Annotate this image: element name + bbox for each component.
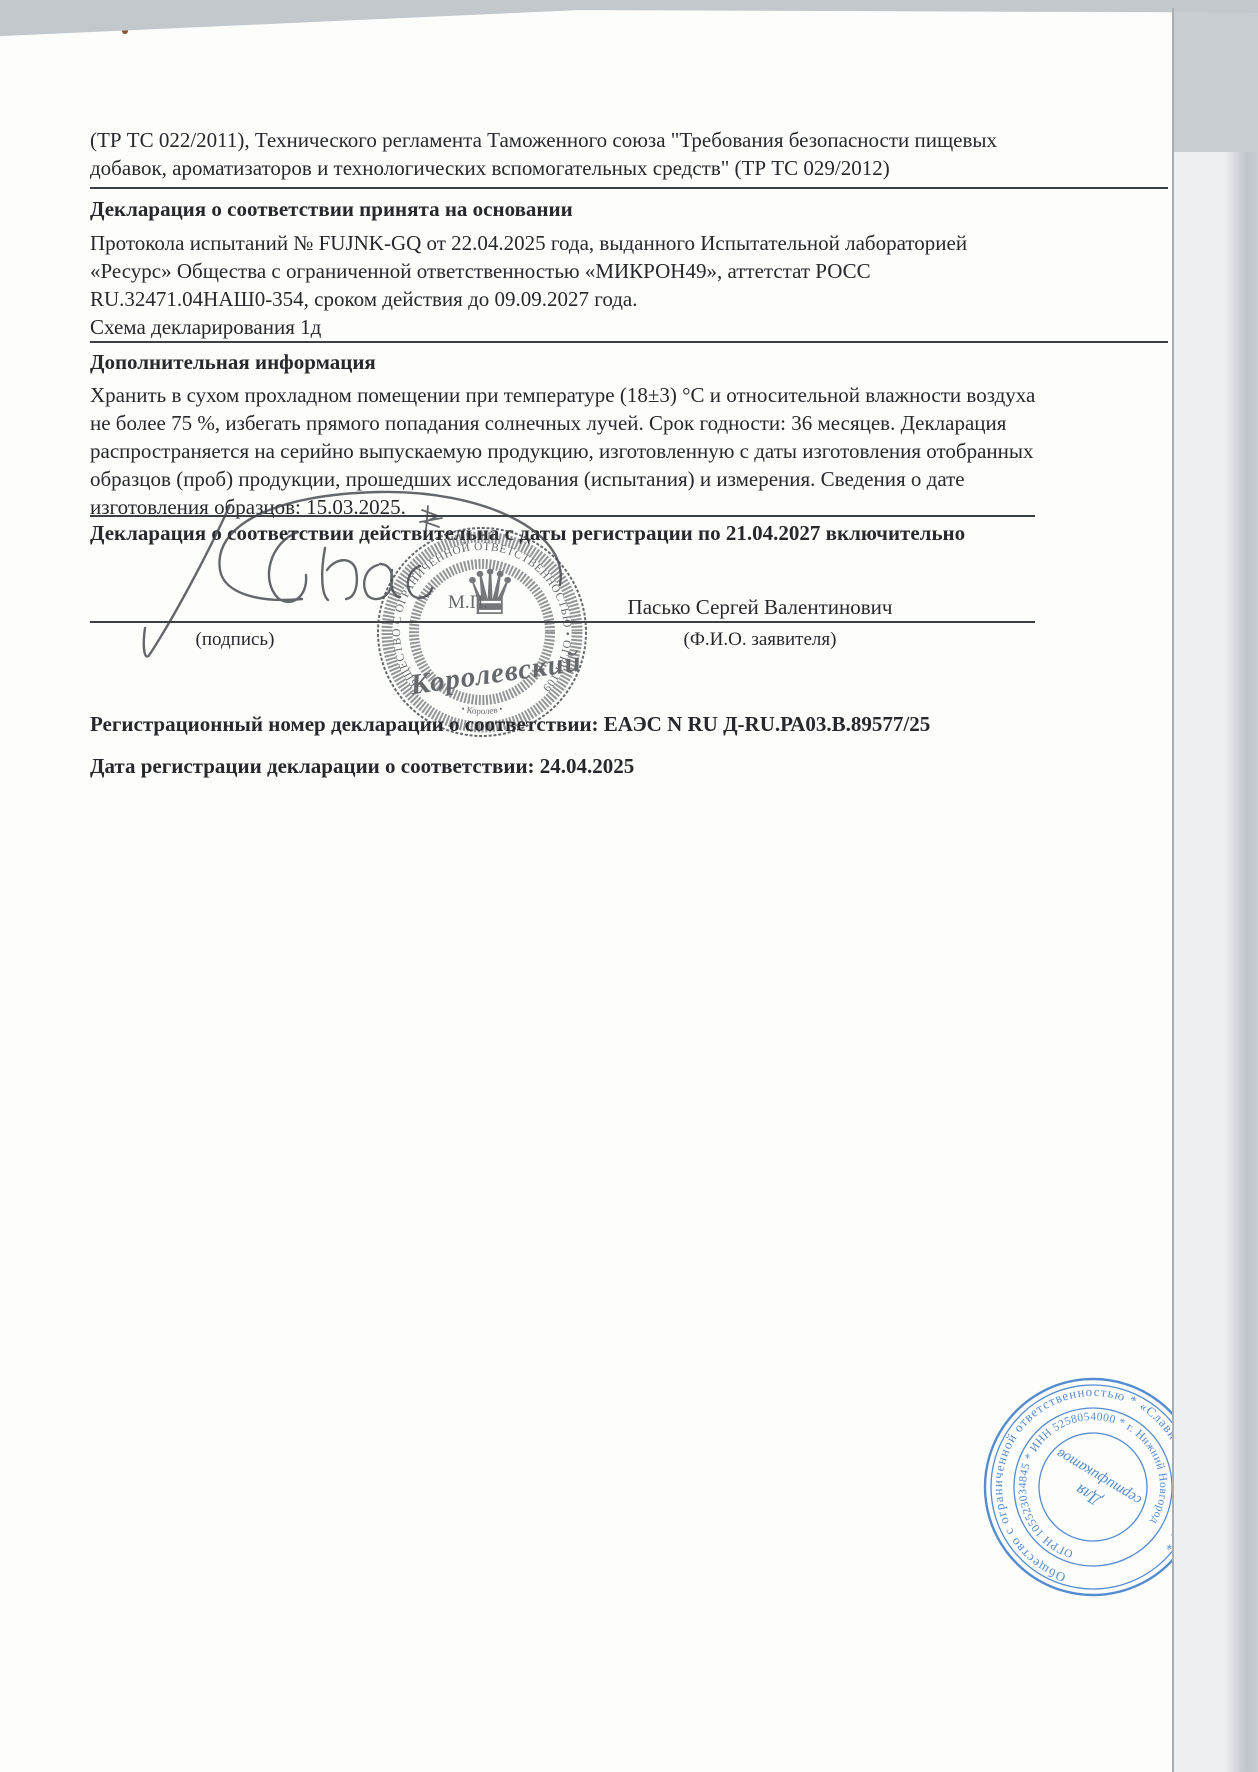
basis-body: Протокола испытаний № FUJNK-GQ от 22.04.… <box>90 229 1042 313</box>
scan-edge-top-right <box>1172 0 1258 152</box>
registration-number-line: Регистрационный номер декларации о соотв… <box>90 710 1042 738</box>
rule-under-basis <box>90 341 1168 343</box>
intro-paragraph: (ТР ТС 022/2011), Технического регламент… <box>90 126 1042 182</box>
basis-heading: Декларация о соответствии принята на осн… <box>90 195 1042 223</box>
seal-mark-mp: М.П. <box>448 592 488 613</box>
applicant-name: Пасько Сергей Валентинович <box>610 595 910 620</box>
applicant-label: (Ф.И.О. заявителя) <box>610 629 910 651</box>
round-stamp-blue: Общество с ограниченной ответственностью… <box>980 1374 1181 1600</box>
registration-date-line: Дата регистрации декларации о соответств… <box>90 752 1042 780</box>
black-stamp-name: Королевский <box>407 646 583 702</box>
paper-edge-line <box>1172 8 1174 1772</box>
additional-heading: Дополнительная информация <box>90 348 1042 376</box>
basis-scheme: Схема декларирования 1д <box>90 313 1042 341</box>
paper-sheet: (ТР ТС 022/2011), Технического регламент… <box>0 0 1181 1772</box>
scan-edge-right <box>1174 152 1258 1772</box>
rule-under-intro <box>90 187 1168 189</box>
scanned-declaration-page: (ТР ТС 022/2011), Технического регламент… <box>0 0 1258 1772</box>
